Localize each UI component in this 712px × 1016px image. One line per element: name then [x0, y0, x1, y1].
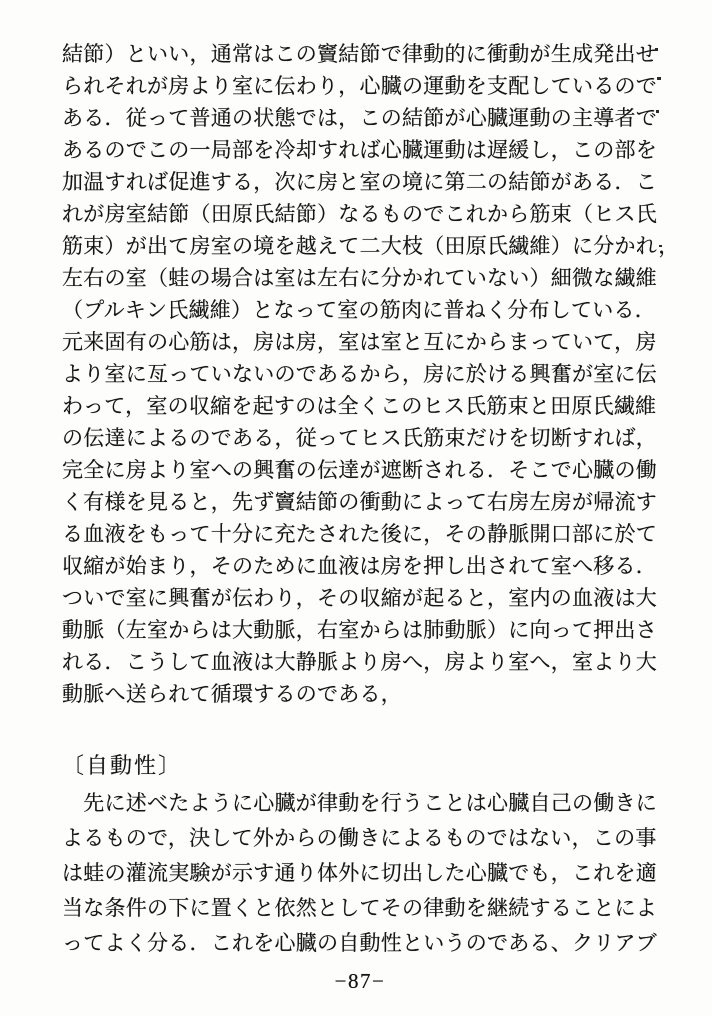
text-line: 結節）といい，通常はこの竇結節で律動的に衝動が生成発出せ: [62, 38, 658, 70]
text-line: 先に述べたように心臓が律動を行うことは心臓自己の働きに: [62, 786, 658, 821]
scan-noise-speck: [655, 48, 658, 51]
text-line: 元来固有の心筋は，房は房，室は室と互にからまっていて，房: [62, 326, 658, 358]
text-line: あるのでこの一局部を冷却すれば心臓運動は遅緩し，この部を: [62, 134, 658, 166]
scan-noise-speck: [657, 77, 661, 80]
text-line: 動脈へ送られて循環するのである，: [62, 678, 658, 710]
text-line: れる．こうして血液は大静脈より房へ，房より室へ，室より大: [62, 646, 658, 678]
text-line: ってよく分る．これを心臓の自動性というのである、クリアブ: [62, 926, 658, 961]
text-line: 完全に房より室への興奮の伝達が遮断される．そこで心臓の働: [62, 454, 658, 486]
text-line: ついで室に興奮が伝わり，その収縮が起ると，室内の血液は大: [62, 582, 658, 614]
text-line: る血液をもって十分に充たされた後に，その静脈開口部に於て: [62, 518, 658, 550]
text-line: 筋束）が出て房室の境を越えて二大枝（田原氏繊維）に分かれ，: [62, 230, 658, 262]
text-line: （プルキン氏繊維）となって室の筋肉に普ねく分布している．: [62, 294, 658, 326]
document-page: 結節）といい，通常はこの竇結節で律動的に衝動が生成発出せ られそれが房より室に伝…: [62, 38, 658, 994]
text-line: 左右の室（蛙の場合は室は左右に分かれていない）細微な繊維: [62, 262, 658, 294]
paragraph-automaticity: 先に述べたように心臓が律動を行うことは心臓自己の働きに よるもので，決して外から…: [62, 786, 658, 961]
text-line: 収縮が始まり，そのために血液は房を押し出されて室へ移る．: [62, 550, 658, 582]
text-line: わって，室の収縮を起すのは全くこのヒス氏筋束と田原氏繊維: [62, 390, 658, 422]
scan-noise-speck: [659, 245, 662, 247]
page-number: −87−: [62, 969, 658, 994]
section-heading-automaticity: 〔自動性〕: [62, 750, 658, 782]
text-line: よるもので，決して外からの働きによるものではない，この事: [62, 821, 658, 856]
text-line: は蛙の灌流実験が示す通り体外に切出した心臓でも，これを適: [62, 856, 658, 891]
text-line: く有様を見ると，先ず竇結節の衝動によって右房左房が帰流す: [62, 486, 658, 518]
text-line: ある．従って普通の状態では，この結節が心臓運動の主導者で: [62, 102, 658, 134]
text-line: 当な条件の下に置くと依然としてその律動を継続することによ: [62, 891, 658, 926]
text-line: 動脈（左室からは大動脈，右室からは肺動脈）に向って押出さ: [62, 614, 658, 646]
text-line: 加温すれば促進する，次に房と室の境に第二の結節がある．こ: [62, 166, 658, 198]
text-line: れが房室結節（田原氏結節）なるものでこれから筋束（ヒス氏: [62, 198, 658, 230]
text-line: より室に亙っていないのであるから，房に於ける興奮が室に伝: [62, 358, 658, 390]
paragraph-conduction-system: 結節）といい，通常はこの竇結節で律動的に衝動が生成発出せ られそれが房より室に伝…: [62, 38, 658, 710]
text-line: の伝達によるのである，従ってヒス氏筋束だけを切断すれば，: [62, 422, 658, 454]
scan-noise-speck: [656, 110, 659, 113]
text-line: られそれが房より室に伝わり，心臓の運動を支配しているので: [62, 70, 658, 102]
